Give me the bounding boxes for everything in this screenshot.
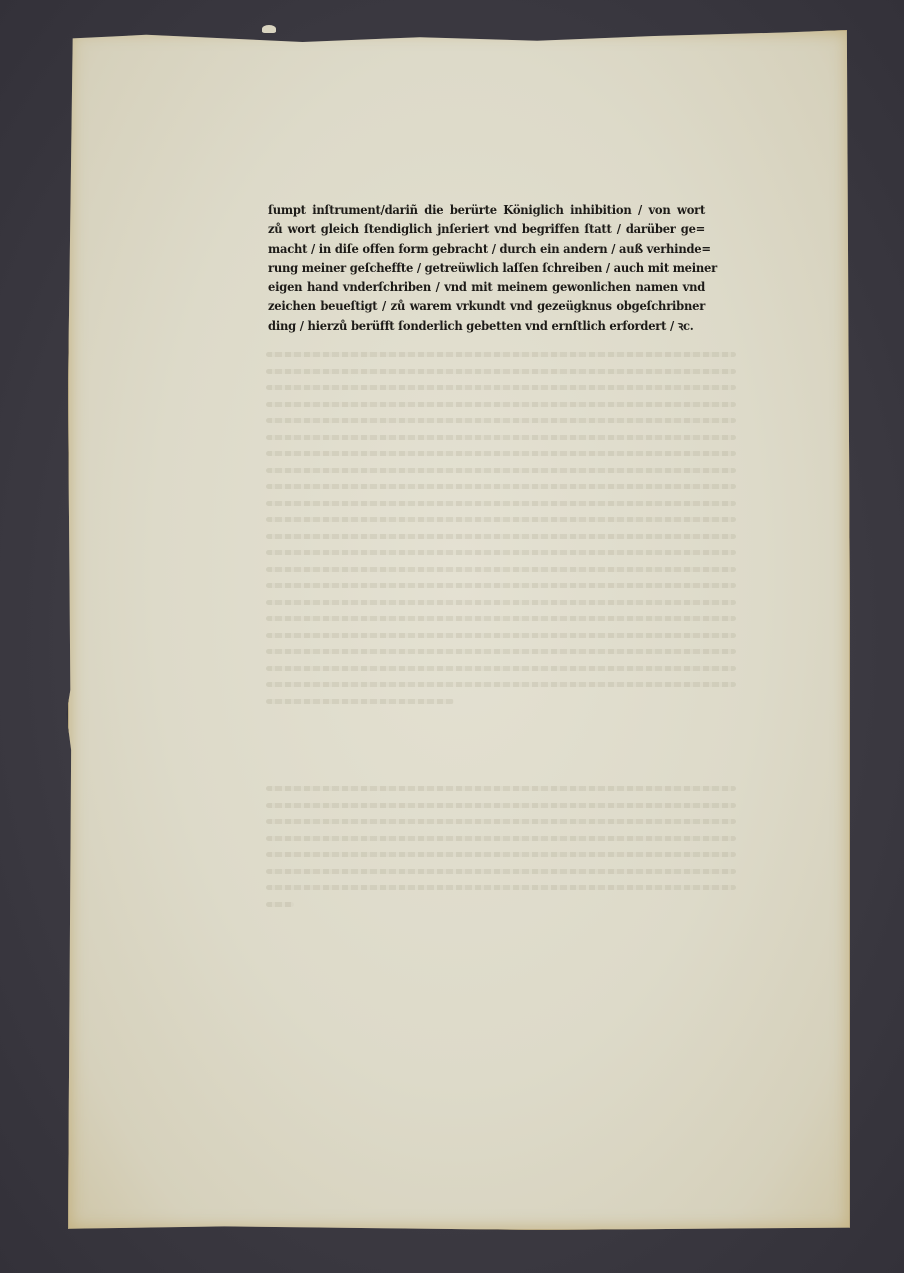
bleed-through-upper xyxy=(266,352,736,715)
text-line: macht / in diſe offen form gebracht / du… xyxy=(268,239,705,258)
text-line: ding / hierzů berüfft ſonderlich gebette… xyxy=(268,316,705,335)
text-line: rung meiner geſcheffte / getreüwlich laſ… xyxy=(268,258,705,277)
text-line: zů wort gleich ſtendiglich jnſeriert vnd… xyxy=(268,219,705,238)
bleed-through-lower xyxy=(266,786,736,918)
text-line: ſumpt inſtrument/dariñ die berürte König… xyxy=(268,200,705,219)
text-line: zeichen beueſtigt / zů warem vrkundt vnd… xyxy=(268,296,705,315)
text-line: eigen hand vnderſchriben / vnd mit meine… xyxy=(268,277,705,296)
blackletter-text-block: ſumpt inſtrument/dariñ die berürte König… xyxy=(268,200,705,335)
paper-tab-fragment xyxy=(262,25,276,33)
